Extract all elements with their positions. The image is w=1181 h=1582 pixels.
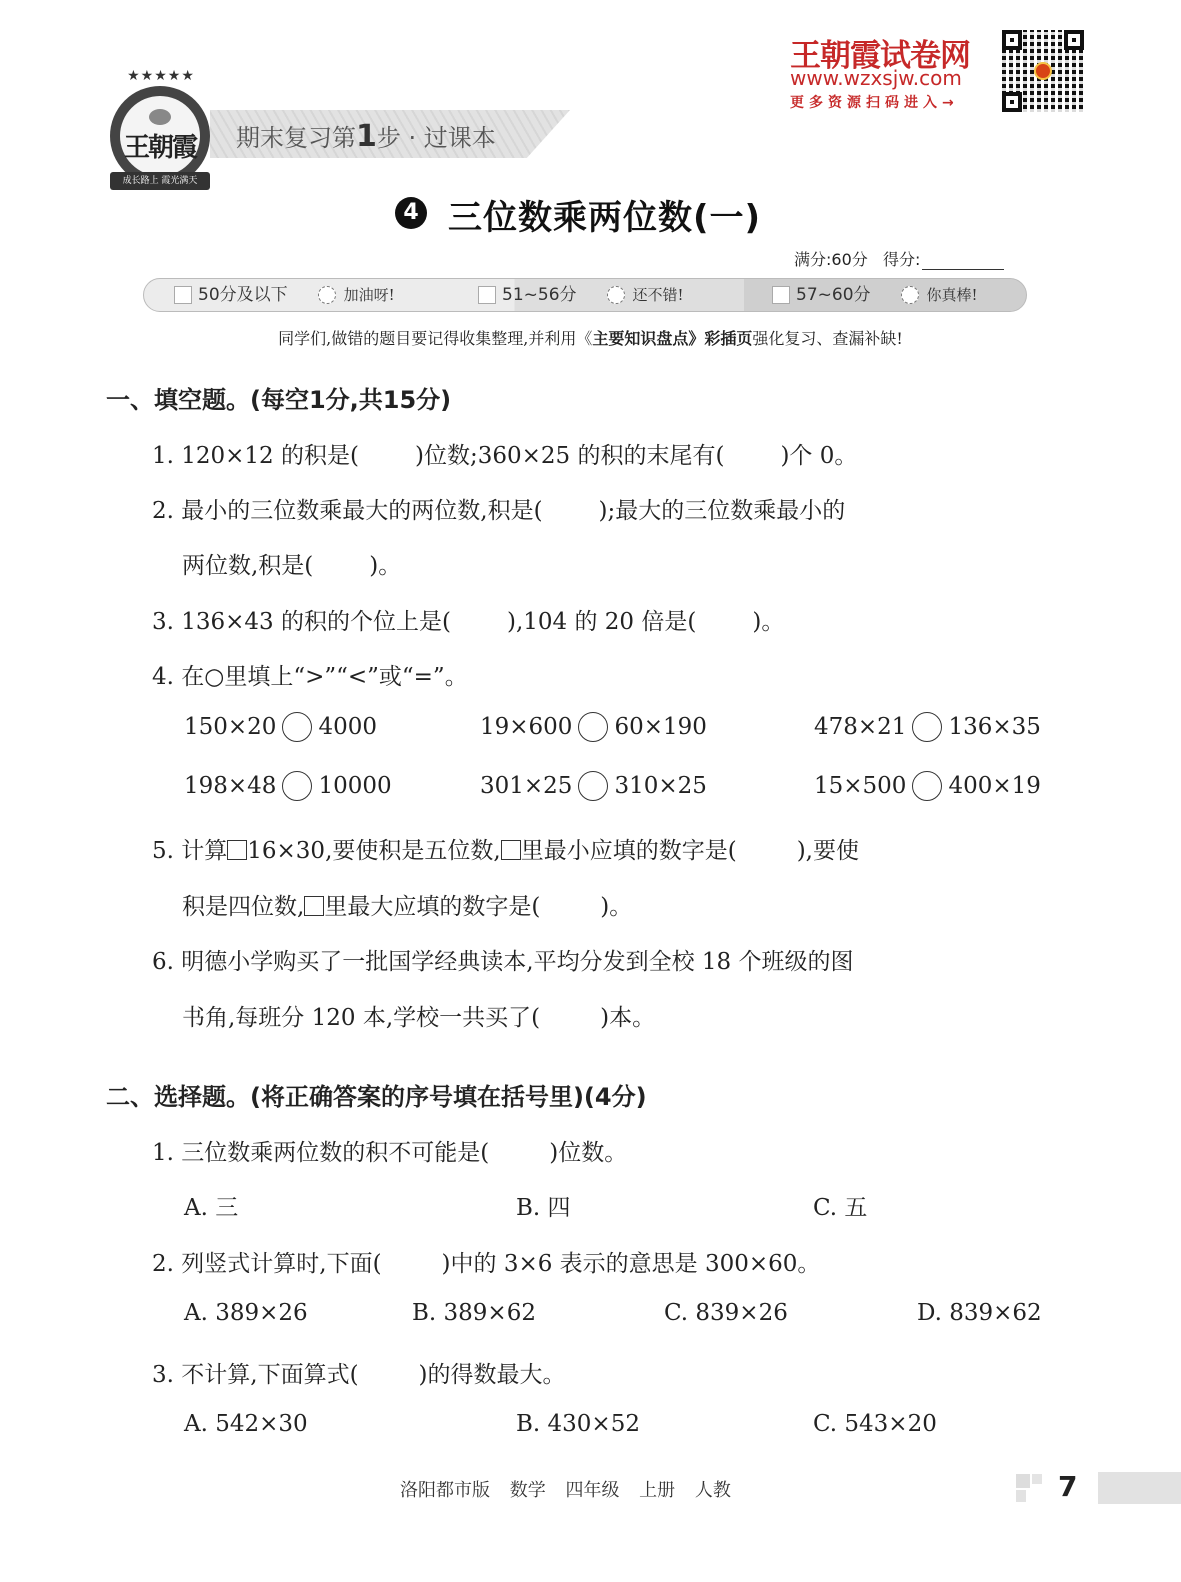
cmp-left: 198×48	[184, 773, 276, 799]
compare-circle[interactable]	[912, 712, 942, 742]
page-number: 7	[1058, 1470, 1077, 1503]
banner-prefix: 期末复习第	[236, 124, 356, 152]
cmp-right: 310×25	[614, 773, 706, 799]
q-text: ),要使	[797, 838, 859, 864]
cheer-face-icon	[318, 286, 336, 304]
q-text: 积是四位数,	[182, 894, 304, 920]
q-text: 3. 不计算,下面算式(	[152, 1362, 359, 1388]
smile-face-icon	[607, 286, 625, 304]
tip-text: 强化复习、查漏补缺!	[752, 329, 902, 348]
tip-text: 同学们,做错的题目要记得收集整理,并利用《	[278, 329, 592, 348]
compare-item: 301×25310×25	[480, 771, 707, 801]
question-1-4: 4. 在○里填上“>”“<”或“=”。	[152, 658, 468, 691]
cmp-right: 4000	[318, 714, 377, 740]
q-text: )位数;360×25 的积的末尾有(	[415, 443, 724, 469]
question-1-6-cont: 书角,每班分 120 本,学校一共买了()本。	[182, 999, 655, 1032]
rating-bar: 50分及以下 加油呀! 51~56分 还不错! 57~60分 你真棒!	[143, 278, 1027, 312]
compare-circle[interactable]	[282, 771, 312, 801]
cmp-left: 150×20	[184, 714, 276, 740]
option-c[interactable]: C. 543×20	[813, 1411, 937, 1437]
q-text: 2. 最小的三位数乘最大的两位数,积是(	[152, 498, 543, 524]
q-text: )的得数最大。	[419, 1362, 566, 1388]
rating-range: 50分及以下	[198, 279, 288, 311]
question-1-1: 1. 120×12 的积是()位数;360×25 的积的末尾有()个 0。	[152, 437, 857, 470]
brand-url[interactable]: www.wzxsjw.com	[790, 66, 962, 90]
question-2-2: 2. 列竖式计算时,下面()中的 3×6 表示的意思是 300×60。	[152, 1245, 820, 1278]
page-decoration	[1016, 1474, 1030, 1488]
question-1-6: 6. 明德小学购买了一批国学经典读本,平均分发到全校 18 个班级的图	[152, 943, 853, 976]
compare-item: 198×4810000	[184, 771, 392, 801]
question-2-3: 3. 不计算,下面算式()的得数最大。	[152, 1356, 566, 1389]
question-1-3: 3. 136×43 的积的个位上是(),104 的 20 倍是()。	[152, 603, 784, 636]
q-text: 2. 列竖式计算时,下面(	[152, 1251, 382, 1277]
compare-item: 150×204000	[184, 712, 377, 742]
option-b[interactable]: B. 四	[516, 1189, 571, 1222]
cmp-right: 60×190	[614, 714, 706, 740]
section2-heading: 二、选择题。(将正确答案的序号填在括号里)(4分)	[106, 1077, 647, 1112]
option-d[interactable]: D. 839×62	[917, 1300, 1042, 1326]
rating-item-high: 57~60分 你真棒!	[772, 279, 978, 311]
q-text: ),104 的 20 倍是(	[507, 609, 696, 635]
cmp-left: 19×600	[480, 714, 572, 740]
q-text: )。	[369, 553, 401, 579]
rating-comment: 还不错!	[633, 279, 684, 311]
question-2-1: 1. 三位数乘两位数的积不可能是()位数。	[152, 1134, 627, 1167]
section1-heading: 一、填空题。(每空1分,共15分)	[106, 380, 451, 415]
q-text: 1. 三位数乘两位数的积不可能是(	[152, 1140, 489, 1166]
q-text: )。	[752, 609, 784, 635]
q-text: )本。	[600, 1005, 655, 1031]
q-text: )。	[600, 894, 632, 920]
q-text: );最大的三位数乘最小的	[599, 498, 846, 524]
stars-icon: ★★★★★	[114, 68, 208, 84]
compare-circle[interactable]	[578, 771, 608, 801]
logo-ribbon: 成长路上 霞光满天	[110, 172, 210, 190]
cmp-right: 136×35	[948, 714, 1040, 740]
page-decoration	[1016, 1490, 1026, 1502]
rating-checkbox[interactable]	[174, 286, 192, 304]
option-b[interactable]: B. 389×62	[412, 1300, 536, 1326]
option-a[interactable]: A. 389×26	[184, 1300, 308, 1326]
q-text: 里最小应填的数字是(	[521, 838, 737, 864]
happy-face-icon	[901, 286, 919, 304]
question-1-2-cont: 两位数,积是()。	[182, 547, 401, 580]
digit-box	[501, 840, 521, 860]
compare-item: 19×60060×190	[480, 712, 707, 742]
q-text: 16×30,要使积是五位数,	[247, 838, 500, 864]
rating-item-mid: 51~56分 还不错!	[478, 279, 684, 311]
footer-info: 洛阳都市版 数学 四年级 上册 人教	[400, 1476, 731, 1502]
rating-checkbox[interactable]	[478, 286, 496, 304]
q-text: 1. 120×12 的积是(	[152, 443, 359, 469]
tip-bold: 主要知识盘点》彩插页	[592, 329, 752, 348]
compare-circle[interactable]	[282, 712, 312, 742]
option-b[interactable]: B. 430×52	[516, 1411, 640, 1437]
q-text: 里最大应填的数字是(	[324, 894, 540, 920]
question-1-2: 2. 最小的三位数乘最大的两位数,积是();最大的三位数乘最小的	[152, 492, 845, 525]
score-label: 得分:	[883, 250, 920, 269]
rating-comment: 你真棒!	[927, 279, 978, 311]
cmp-right: 400×19	[948, 773, 1040, 799]
page-decoration	[1032, 1474, 1042, 1484]
step-banner-text: 期末复习第1步 · 过课本	[236, 118, 496, 154]
study-tip: 同学们,做错的题目要记得收集整理,并利用《主要知识盘点》彩插页强化复习、查漏补缺…	[0, 326, 1181, 349]
compare-item: 478×21136×35	[814, 712, 1041, 742]
qr-code-icon[interactable]	[1002, 30, 1084, 112]
rating-checkbox[interactable]	[772, 286, 790, 304]
logo-badge: 王朝霞	[110, 86, 210, 186]
digit-box	[227, 840, 247, 860]
q-text: )位数。	[549, 1140, 627, 1166]
q-text: 书角,每班分 120 本,学校一共买了(	[182, 1005, 540, 1031]
q-text: 5. 计算	[152, 838, 227, 864]
rating-range: 57~60分	[796, 279, 871, 311]
cmp-right: 10000	[318, 773, 391, 799]
rating-range: 51~56分	[502, 279, 577, 311]
question-1-5: 5. 计算16×30,要使积是五位数,里最小应填的数字是(),要使	[152, 832, 859, 865]
digit-box	[304, 896, 324, 916]
cmp-left: 478×21	[814, 714, 906, 740]
cmp-left: 301×25	[480, 773, 572, 799]
rating-item-low: 50分及以下 加油呀!	[174, 279, 395, 311]
brand-more-link[interactable]: 更多资源扫码进入→	[790, 92, 959, 112]
option-a[interactable]: A. 542×30	[184, 1411, 308, 1437]
question-1-5-cont: 积是四位数,里最大应填的数字是()。	[182, 888, 632, 921]
q-text: )个 0。	[780, 443, 857, 469]
page-title: 三位数乘两位数(一)	[448, 190, 761, 239]
option-a[interactable]: A. 三	[184, 1189, 238, 1222]
portrait-icon	[149, 109, 171, 125]
option-c[interactable]: C. 839×26	[664, 1300, 788, 1326]
qr-emblem-icon	[1034, 62, 1052, 80]
score-field[interactable]	[922, 253, 1004, 270]
score-line: 满分:60分 得分:	[794, 247, 1004, 270]
q-text: 两位数,积是(	[182, 553, 313, 579]
full-score: 满分:60分	[794, 250, 868, 269]
page-bar	[1098, 1472, 1181, 1504]
banner-suffix: 步 · 过课本	[377, 124, 496, 152]
compare-circle[interactable]	[578, 712, 608, 742]
q-text: )中的 3×6 表示的意思是 300×60。	[442, 1251, 821, 1277]
compare-circle[interactable]	[912, 771, 942, 801]
banner-step-number: 1	[356, 119, 377, 154]
option-c[interactable]: C. 五	[813, 1189, 867, 1222]
rating-comment: 加油呀!	[344, 279, 395, 311]
q-text: 3. 136×43 的积的个位上是(	[152, 609, 451, 635]
logo-name: 王朝霞	[124, 127, 196, 164]
unit-number-badge: 4	[395, 197, 427, 229]
publisher-logo: ★★★★★ 王朝霞 成长路上 霞光满天	[106, 68, 216, 190]
compare-item: 15×500400×19	[814, 771, 1041, 801]
cmp-left: 15×500	[814, 773, 906, 799]
